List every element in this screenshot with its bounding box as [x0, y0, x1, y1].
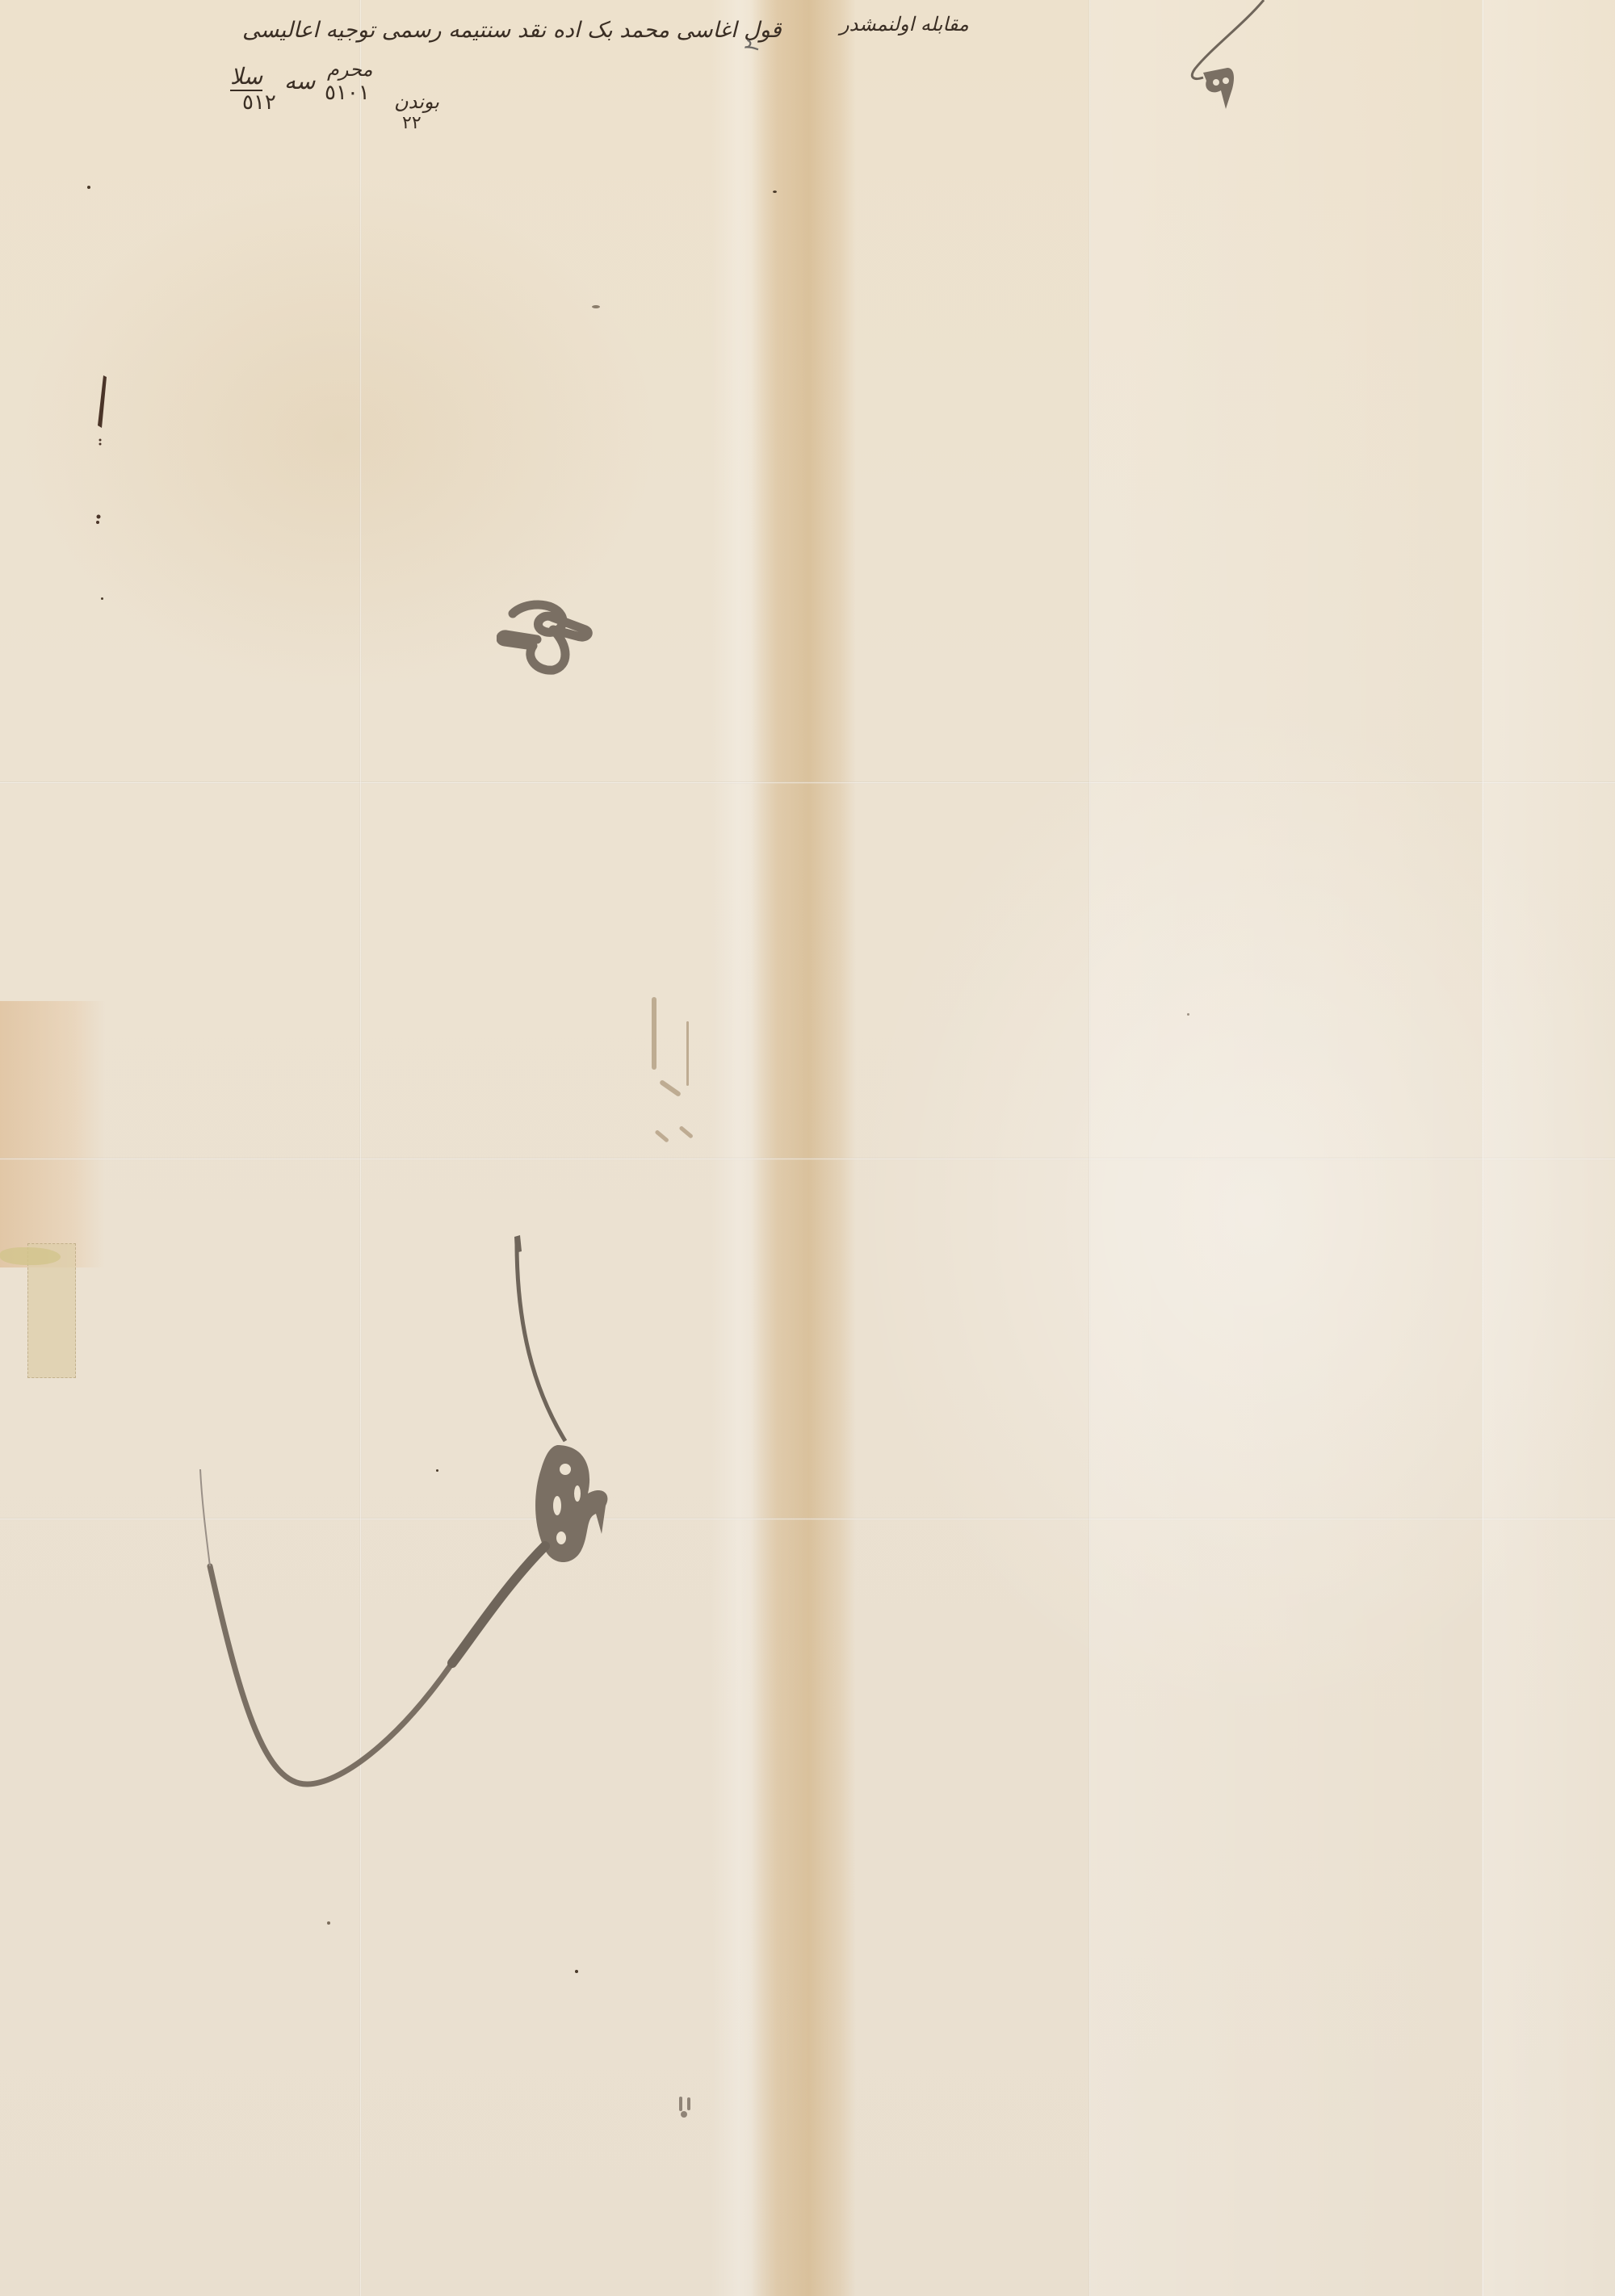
small-mark-bottom-icon [674, 2095, 698, 2119]
fold-panel-highlight [1090, 0, 1478, 2296]
fold-panel-right-edge [1482, 0, 1615, 2296]
top-center-note: مقابله اولنمشدر [840, 13, 969, 36]
header-note: قول اغاسی محمد بک اده نقد سنتیمه رسمی تو… [242, 18, 782, 43]
document-sheet: قول اغاسی محمد بک اده نقد سنتیمه رسمی تو… [0, 0, 1615, 2296]
annotation-bundan-number: ٢٢ [402, 113, 422, 133]
tughra-small-top-right-icon [1179, 0, 1276, 121]
annotation-bundan: بوندن [394, 90, 439, 113]
water-stain-left-edge [0, 1001, 105, 1267]
water-stain-center [751, 0, 856, 2296]
annotation-muharrem: محرم [327, 58, 372, 81]
speck [436, 1469, 438, 1472]
speck [773, 191, 777, 193]
annotation-sene: سه [284, 68, 315, 94]
tughra-upper-middle-icon [497, 597, 602, 678]
tape-flake [0, 1247, 61, 1265]
tughra-large-lower-icon [186, 1227, 638, 1962]
annotation-sila-number: ٢١٥ [242, 90, 276, 115]
ink-mark-left-margin-icon [89, 367, 113, 529]
annotation-sila: سلا [230, 63, 262, 91]
speck [101, 597, 103, 600]
speck [575, 1970, 578, 1973]
annotation-muharrem-number: ١٠١٥ [325, 81, 370, 105]
speck [592, 305, 600, 308]
speck [1187, 1013, 1189, 1016]
speck [327, 1921, 330, 1925]
water-stain-top-left [0, 97, 775, 791]
faint-mark-center-icon [642, 989, 731, 1167]
speck [87, 186, 90, 189]
